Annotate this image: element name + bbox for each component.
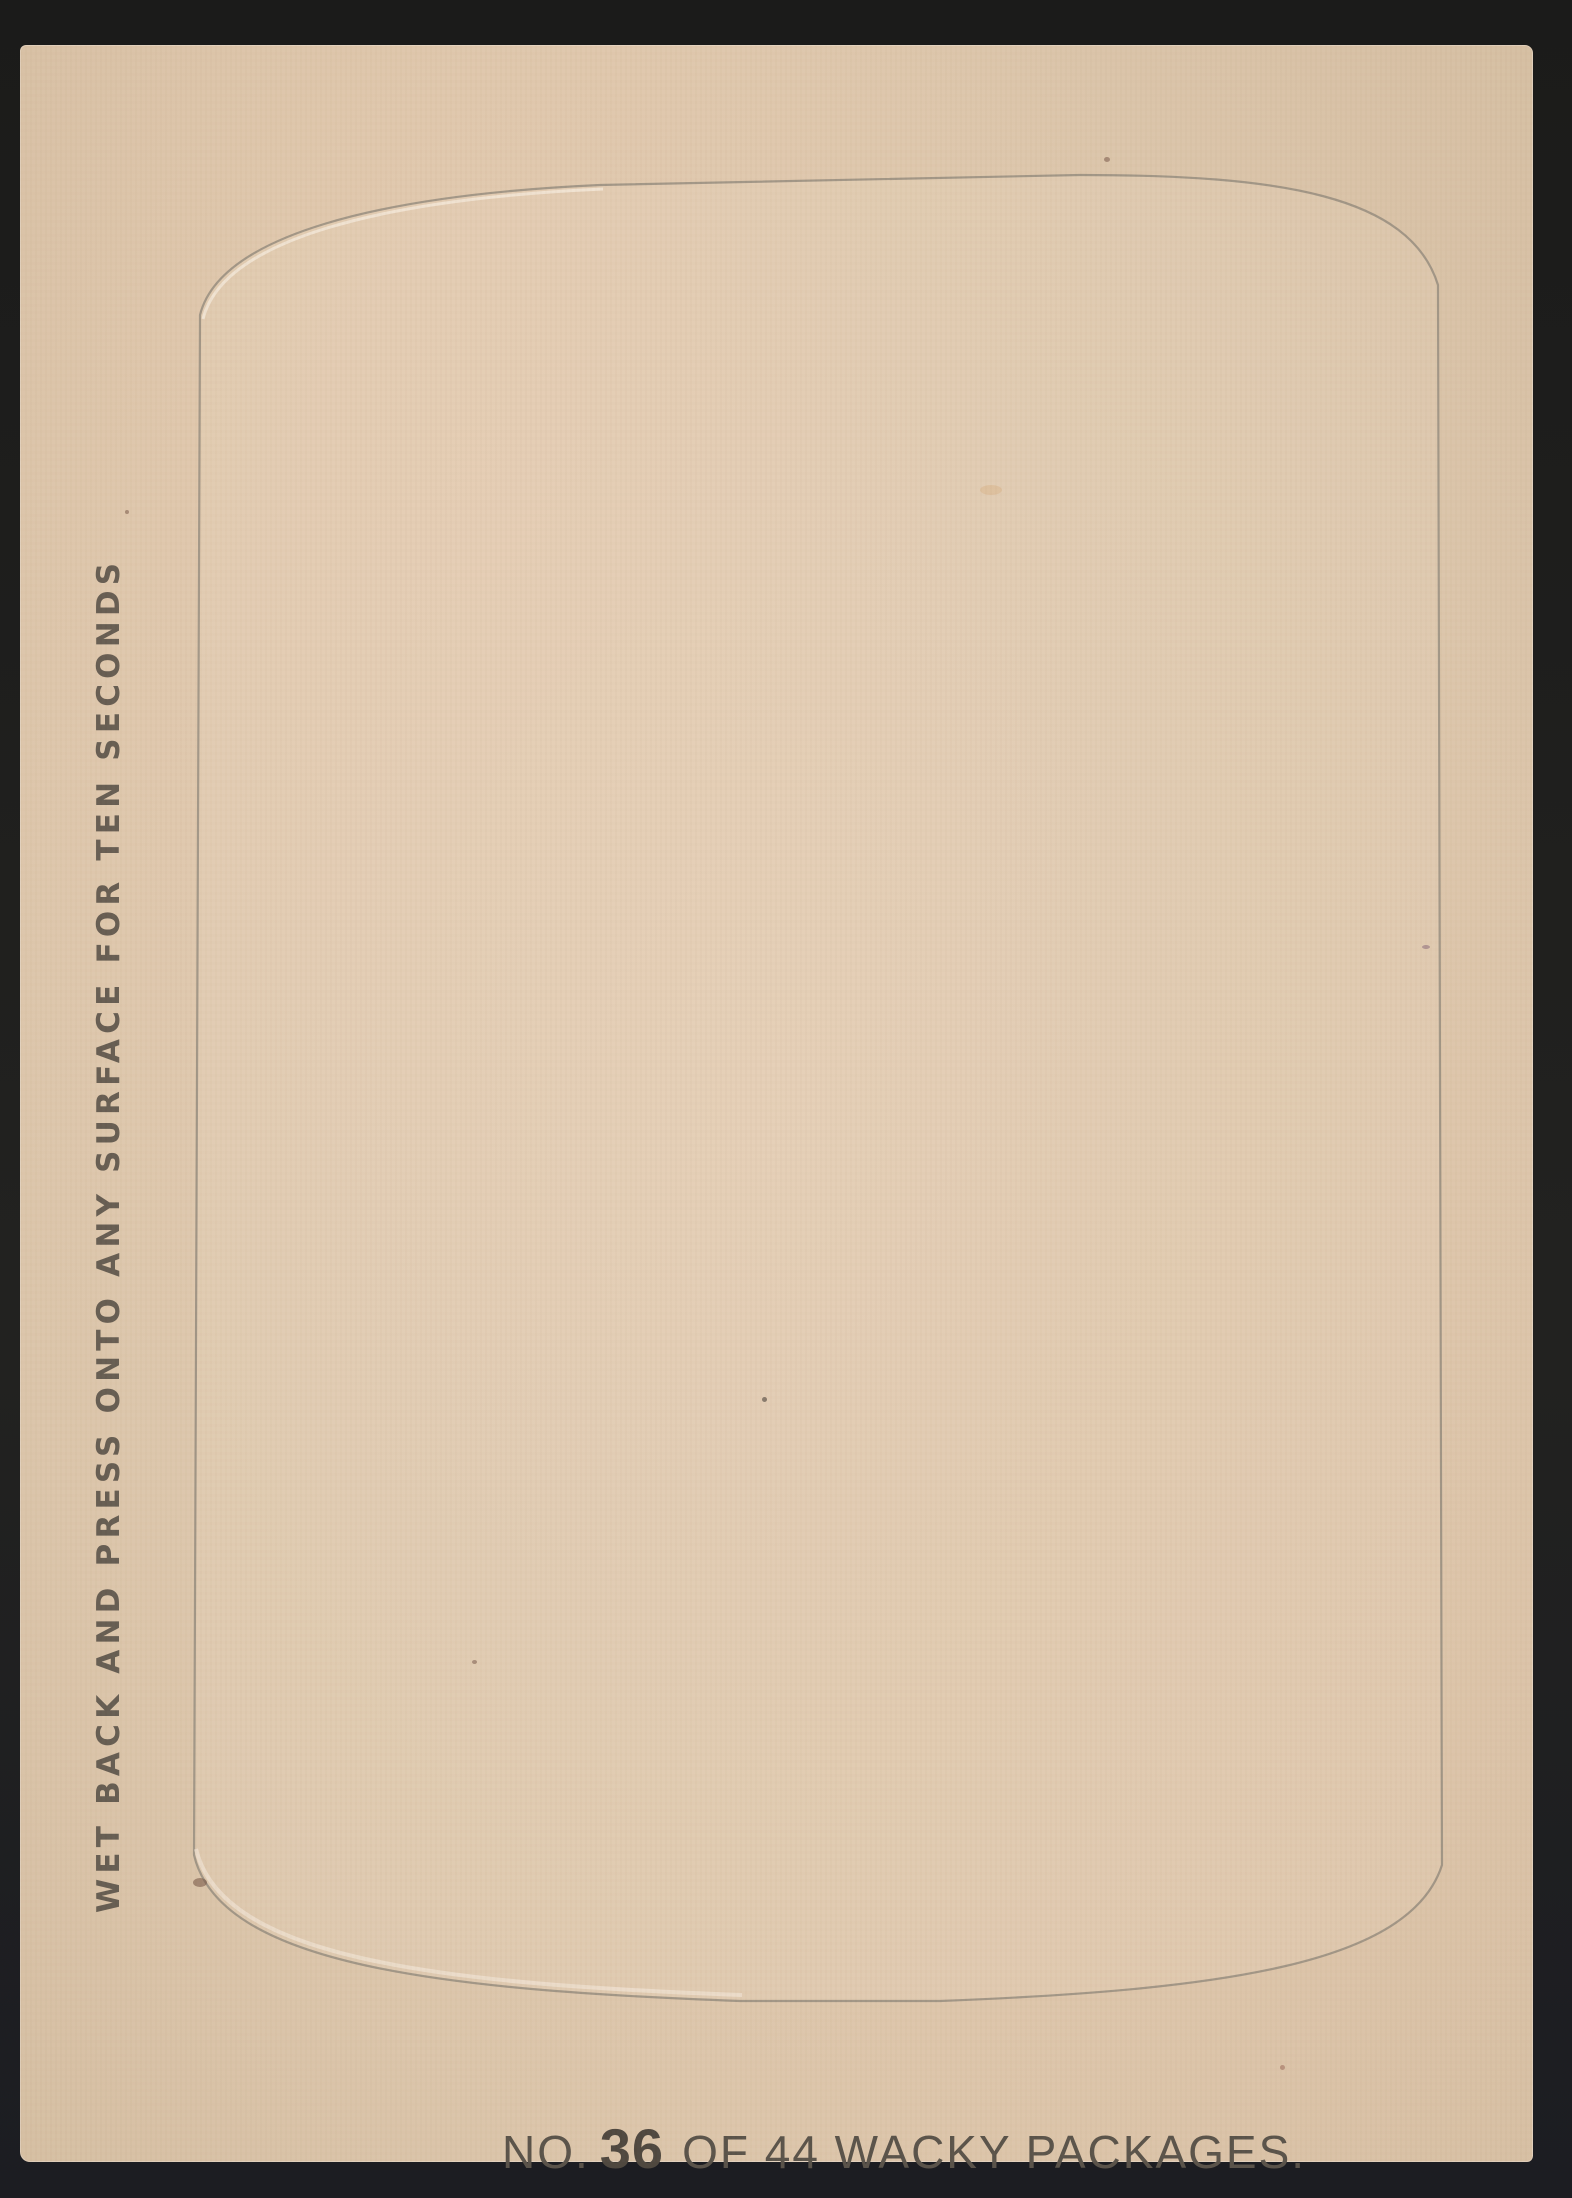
paper-speck	[193, 1878, 207, 1887]
set-total-label: OF 44 WACKY PACKAGES.	[682, 2126, 1306, 2178]
paper-speck	[980, 485, 1002, 495]
card-number-prefix: NO.	[502, 2126, 590, 2178]
instruction-caption: WET BACK AND PRESS ONTO ANY SURFACE FOR …	[91, 558, 127, 1913]
paper-speck	[1422, 945, 1430, 949]
trading-card-back: WET BACK AND PRESS ONTO ANY SURFACE FOR …	[20, 45, 1533, 2162]
paper-speck	[472, 1660, 477, 1664]
paper-speck	[125, 510, 129, 514]
paper-speck	[762, 1397, 767, 1402]
card-number-line: NO.36OF 44 WACKY PACKAGES.	[502, 2121, 1306, 2180]
paper-speck	[1280, 2065, 1285, 2070]
scan-background: WET BACK AND PRESS ONTO ANY SURFACE FOR …	[0, 0, 1572, 2198]
die-cut-line	[180, 175, 1465, 2005]
paper-speck	[1104, 157, 1110, 162]
card-number: 36	[600, 2117, 664, 2180]
sticker-die-cut-outline	[180, 175, 1465, 2005]
